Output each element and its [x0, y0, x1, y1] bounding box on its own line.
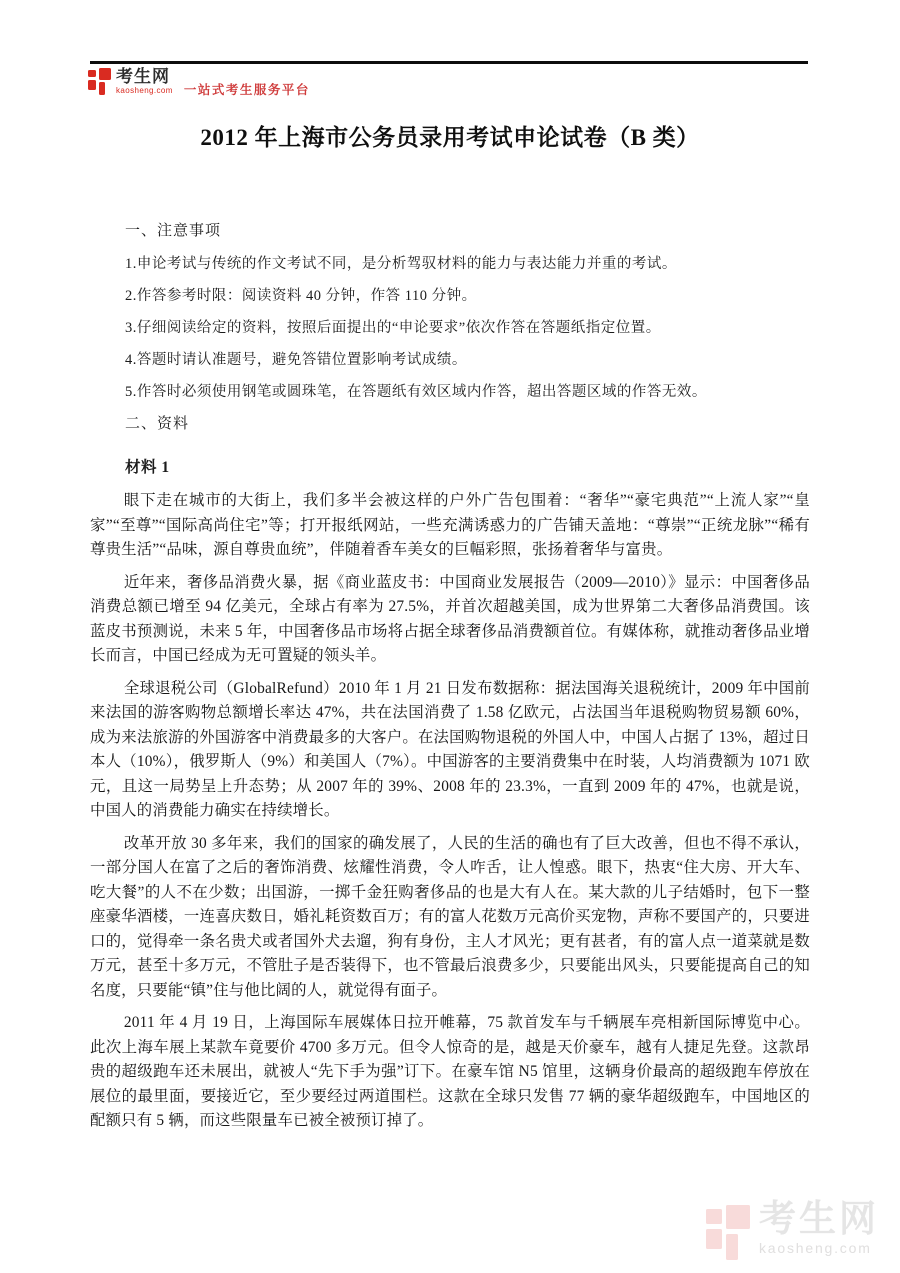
material-paragraph-5: 2011 年 4 月 19 日，上海国际车展媒体日拉开帷幕，75 款首发车与千辆…	[90, 1011, 810, 1134]
notice-section-heading: 一、注意事项	[90, 222, 810, 241]
material-paragraph-2: 近年来，奢侈品消费火暴，据《商业蓝皮书：中国商业发展报告（2009—2010）》…	[90, 571, 810, 669]
notice-item-2: 2.作答参考时限：阅读资料 40 分钟，作答 110 分钟。	[90, 287, 810, 306]
watermark-name: 考生网	[759, 1199, 879, 1239]
material-paragraph-4: 改革开放 30 多年来，我们的国家的确发展了，人民的生活的确也有了巨大改善，但也…	[90, 832, 810, 1004]
material-paragraph-1: 眼下走在城市的大街上，我们多半会被这样的户外广告包围着：“奢华”“豪宅典范”“上…	[90, 489, 810, 563]
notice-item-5: 5.作答时必须使用钢笔或圆珠笔，在答题纸有效区域内作答，超出答题区域的作答无效。	[90, 383, 810, 402]
document-page: 考生网 kaosheng.com 一站式考生服务平台 2012 年上海市公务员录…	[0, 0, 900, 1273]
logo-text-block: 考生网 kaosheng.com	[116, 68, 173, 95]
material-section-heading: 二、资料	[90, 415, 810, 434]
notice-item-4: 4.答题时请认准题号，避免答错位置影响考试成绩。	[90, 351, 810, 370]
kaosheng-logo: 考生网 kaosheng.com 一站式考生服务平台	[88, 68, 310, 98]
material-paragraph-3: 全球退税公司（GlobalRefund）2010 年 1 月 21 日发布数据称…	[90, 677, 810, 824]
page-title: 2012 年上海市公务员录用考试申论试卷（B 类）	[0, 119, 900, 152]
material-subheading: 材料 1	[90, 458, 810, 477]
logo-tagline: 一站式考生服务平台	[184, 80, 310, 98]
header-divider	[90, 61, 808, 64]
logo-domain: kaosheng.com	[116, 87, 173, 95]
footer-watermark: 考生网 kaosheng.com	[706, 1199, 879, 1260]
document-body: 一、注意事项 1.申论考试与传统的作文考试不同，是分析驾驭材料的能力与表达能力并…	[90, 222, 810, 1142]
watermark-text-block: 考生网 kaosheng.com	[759, 1199, 879, 1255]
material-1: 材料 1 眼下走在城市的大街上，我们多半会被这样的户外广告包围着：“奢华”“豪宅…	[90, 458, 810, 1134]
kaosheng-watermark-icon	[706, 1205, 750, 1260]
notice-item-1: 1.申论考试与传统的作文考试不同，是分析驾驭材料的能力与表达能力并重的考试。	[90, 255, 810, 274]
logo-name: 考生网	[116, 68, 173, 85]
kaosheng-logo-icon	[88, 68, 111, 95]
notice-item-3: 3.仔细阅读给定的资料，按照后面提出的“申论要求”依次作答在答题纸指定位置。	[90, 319, 810, 338]
watermark-domain: kaosheng.com	[759, 1241, 879, 1255]
